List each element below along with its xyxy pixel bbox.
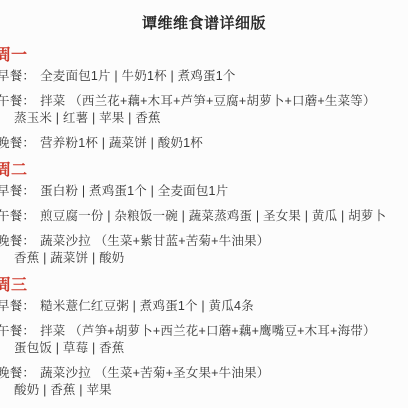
meal-content: 拌菜 （芦笋+胡萝卜+西兰花+口蘑+藕+鹰嘴豆+木耳+海带） [40,324,376,338]
day-section-tuesday: 周二 早餐：蛋白粉 | 煮鸡蛋1个 | 全麦面包1片 午餐：煎豆腐一份 | 杂粮… [0,161,408,266]
meal-label: 晚餐： [0,366,35,380]
meal-content: 全麦面包1片 | 牛奶1杯 | 煮鸡蛋1个 [40,69,235,83]
meal-row-lunch: 午餐：煎豆腐一份 | 杂粮饭一碗 | 蔬菜蒸鸡蛋 | 圣女果 | 黄瓜 | 胡萝… [0,208,408,224]
meal-row-dinner: 晚餐：蔬菜沙拉 （生菜+紫甘蓝+苦菊+牛油果） 香蕉 | 蔬菜饼 | 酸奶 [0,233,408,266]
meal-label: 晚餐： [0,136,35,150]
day-section-wednesday: 周三 早餐：糙米薏仁红豆粥 | 煮鸡蛋1个 | 黄瓜4条 午餐：拌菜 （芦笋+胡… [0,276,408,398]
meal-content-continuation: 酸奶 | 香蕉 | 苹果 [0,382,408,398]
day-label-tuesday: 周二 [0,161,408,181]
meal-label: 午餐： [0,324,35,338]
meal-content-continuation: 蛋包饭 | 草莓 | 香蕉 [0,340,408,356]
meal-label: 早餐： [0,69,35,83]
meal-content: 蛋白粉 | 煮鸡蛋1个 | 全麦面包1片 [40,184,228,198]
meal-label: 午餐： [0,94,35,108]
meal-row-dinner: 晚餐：营养粉1杯 | 蔬菜饼 | 酸奶1杯 [0,135,408,151]
day-label-monday: 周一 [0,46,408,66]
meal-label: 午餐： [0,209,35,223]
meal-content: 蔬菜沙拉 （生菜+紫甘蓝+苦菊+牛油果） [40,234,269,248]
meal-content: 拌菜 （西兰花+藕+木耳+芦笋+豆腐+胡萝卜+口蘑+生菜等） [40,94,376,108]
meal-content: 煎豆腐一份 | 杂粮饭一碗 | 蔬菜蒸鸡蛋 | 圣女果 | 黄瓜 | 胡萝卜 [40,209,386,223]
meal-row-dinner: 晚餐：蔬菜沙拉 （生菜+苦菊+圣女果+牛油果） 酸奶 | 香蕉 | 苹果 [0,365,408,398]
meal-row-breakfast: 早餐：糙米薏仁红豆粥 | 煮鸡蛋1个 | 黄瓜4条 [0,298,408,314]
meal-label: 早餐： [0,184,35,198]
meal-content-continuation: 蒸玉米 | 红薯 | 苹果 | 香蕉 [0,110,408,126]
meal-content: 营养粉1杯 | 蔬菜饼 | 酸奶1杯 [40,136,203,150]
meal-row-lunch: 午餐：拌菜 （芦笋+胡萝卜+西兰花+口蘑+藕+鹰嘴豆+木耳+海带） 蛋包饭 | … [0,323,408,356]
day-label-wednesday: 周三 [0,276,408,296]
page-title: 谭维维食谱详细版 [0,0,408,33]
meal-content: 蔬菜沙拉 （生菜+苦菊+圣女果+牛油果） [40,366,269,380]
meal-content-continuation: 香蕉 | 蔬菜饼 | 酸奶 [0,250,408,266]
meal-content: 糙米薏仁红豆粥 | 煮鸡蛋1个 | 黄瓜4条 [40,299,254,313]
meal-row-breakfast: 早餐：蛋白粉 | 煮鸡蛋1个 | 全麦面包1片 [0,183,408,199]
day-section-monday: 周一 早餐：全麦面包1片 | 牛奶1杯 | 煮鸡蛋1个 午餐：拌菜 （西兰花+藕… [0,46,408,151]
meal-label: 晚餐： [0,234,35,248]
meal-label: 早餐： [0,299,35,313]
meal-row-breakfast: 早餐：全麦面包1片 | 牛奶1杯 | 煮鸡蛋1个 [0,68,408,84]
meal-plan-page: 谭维维食谱详细版 周一 早餐：全麦面包1片 | 牛奶1杯 | 煮鸡蛋1个 午餐：… [0,0,408,408]
meal-row-lunch: 午餐：拌菜 （西兰花+藕+木耳+芦笋+豆腐+胡萝卜+口蘑+生菜等） 蒸玉米 | … [0,93,408,126]
